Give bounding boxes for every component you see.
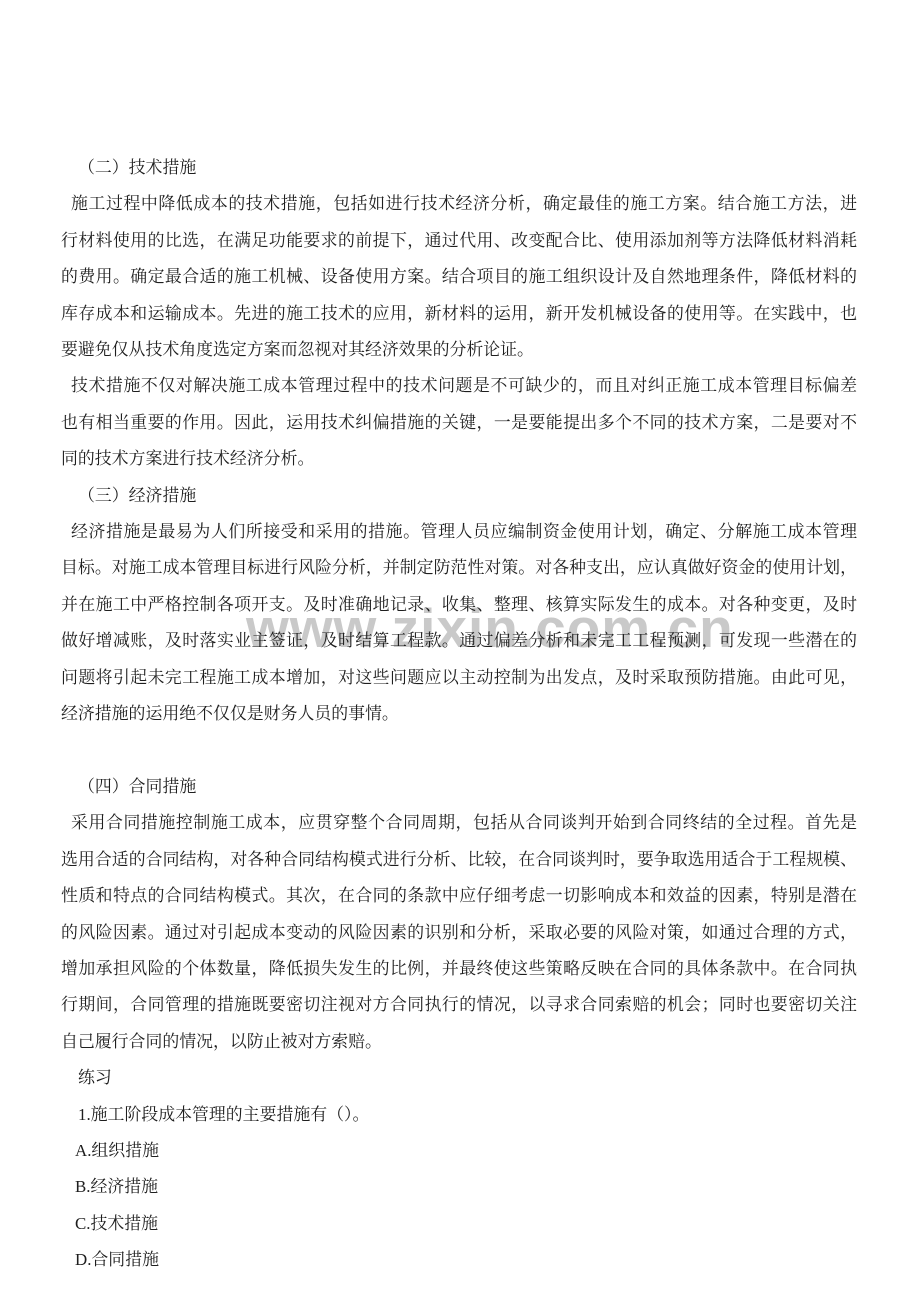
paragraph-line: 选用合适的合同结构，对各种合同结构模式进行分析、比较，在合同谈判时，要争取选用适…	[61, 842, 857, 878]
section-heading: （三）经济措施	[61, 478, 857, 514]
paragraph-line: 并在施工中严格控制各项开支。及时准确地记录、收集、整理、核算实际发生的成本。对各…	[61, 587, 857, 623]
exercise-label: 练习	[61, 1060, 857, 1096]
option-line: B.经济措施	[61, 1169, 857, 1205]
paragraph-line: 技术措施不仅对解决施工成本管理过程中的技术问题是不可缺少的，而且对纠正施工成本管…	[61, 368, 857, 404]
paragraph-line: 自己履行合同的情况，以防止被对方索赔。	[61, 1024, 857, 1060]
paragraph-line: 增加承担风险的个体数量，降低损失发生的比例，并最终使这些策略反映在合同的具体条款…	[61, 951, 857, 987]
option-line: C.技术措施	[61, 1206, 857, 1242]
paragraph-line: 做好增减账，及时落实业主签证，及时结算工程款。通过偏差分析和未完工工程预测，可发…	[61, 623, 857, 659]
document-body: （二）技术措施施工过程中降低成本的技术措施，包括如进行技术经济分析，确定最佳的施…	[61, 150, 857, 1279]
paragraph-line: 行期间，合同管理的措施既要密切注视对方合同执行的情况，以寻求合同索赔的机会；同时…	[61, 987, 857, 1023]
paragraph-line: 施工过程中降低成本的技术措施，包括如进行技术经济分析，确定最佳的施工方案。结合施…	[61, 186, 857, 222]
option-line: A.组织措施	[61, 1133, 857, 1169]
paragraph-line: 要避免仅从技术角度选定方案而忽视对其经济效果的分析论证。	[61, 332, 857, 368]
paragraph-line: 库存成本和运输成本。先进的施工技术的应用，新材料的运用，新开发机械设备的使用等。…	[61, 296, 857, 332]
paragraph-line: 经济措施的运用绝不仅仅是财务人员的事情。	[61, 696, 857, 732]
paragraph-line: 性质和特点的合同结构模式。其次，在合同的条款中应仔细考虑一切影响成本和效益的因素…	[61, 878, 857, 914]
paragraph-line: 采用合同措施控制施工成本，应贯穿整个合同周期，包括从合同谈判开始到合同终结的全过…	[61, 805, 857, 841]
section-heading: （四）合同措施	[61, 769, 857, 805]
option-line: D.合同措施	[61, 1242, 857, 1278]
document-page: www.zixin.com.cn （二）技术措施施工过程中降低成本的技术措施，包…	[0, 0, 920, 1302]
paragraph-line: 也有相当重要的作用。因此，运用技术纠偏措施的关键，一是要能提出多个不同的技术方案…	[61, 405, 857, 441]
paragraph-line: 问题将引起未完工程施工成本增加，对这些问题应以主动控制为出发点，及时采取预防措施…	[61, 660, 857, 696]
question-line: 1.施工阶段成本管理的主要措施有（）。	[61, 1097, 857, 1133]
paragraph-line: 行材料使用的比选，在满足功能要求的前提下，通过代用、改变配合比、使用添加剂等方法…	[61, 223, 857, 259]
paragraph-line: 同的技术方案进行技术经济分析。	[61, 441, 857, 477]
section-heading: （二）技术措施	[61, 150, 857, 186]
blank-line	[61, 733, 857, 769]
paragraph-line: 目标。对施工成本管理目标进行风险分析，并制定防范性对策。对各种支出，应认真做好资…	[61, 550, 857, 586]
paragraph-line: 的费用。确定最合适的施工机械、设备使用方案。结合项目的施工组织设计及自然地理条件…	[61, 259, 857, 295]
paragraph-line: 经济措施是最易为人们所接受和采用的措施。管理人员应编制资金使用计划，确定、分解施…	[61, 514, 857, 550]
paragraph-line: 的风险因素。通过对引起成本变动的风险因素的识别和分析，采取必要的风险对策，如通过…	[61, 915, 857, 951]
